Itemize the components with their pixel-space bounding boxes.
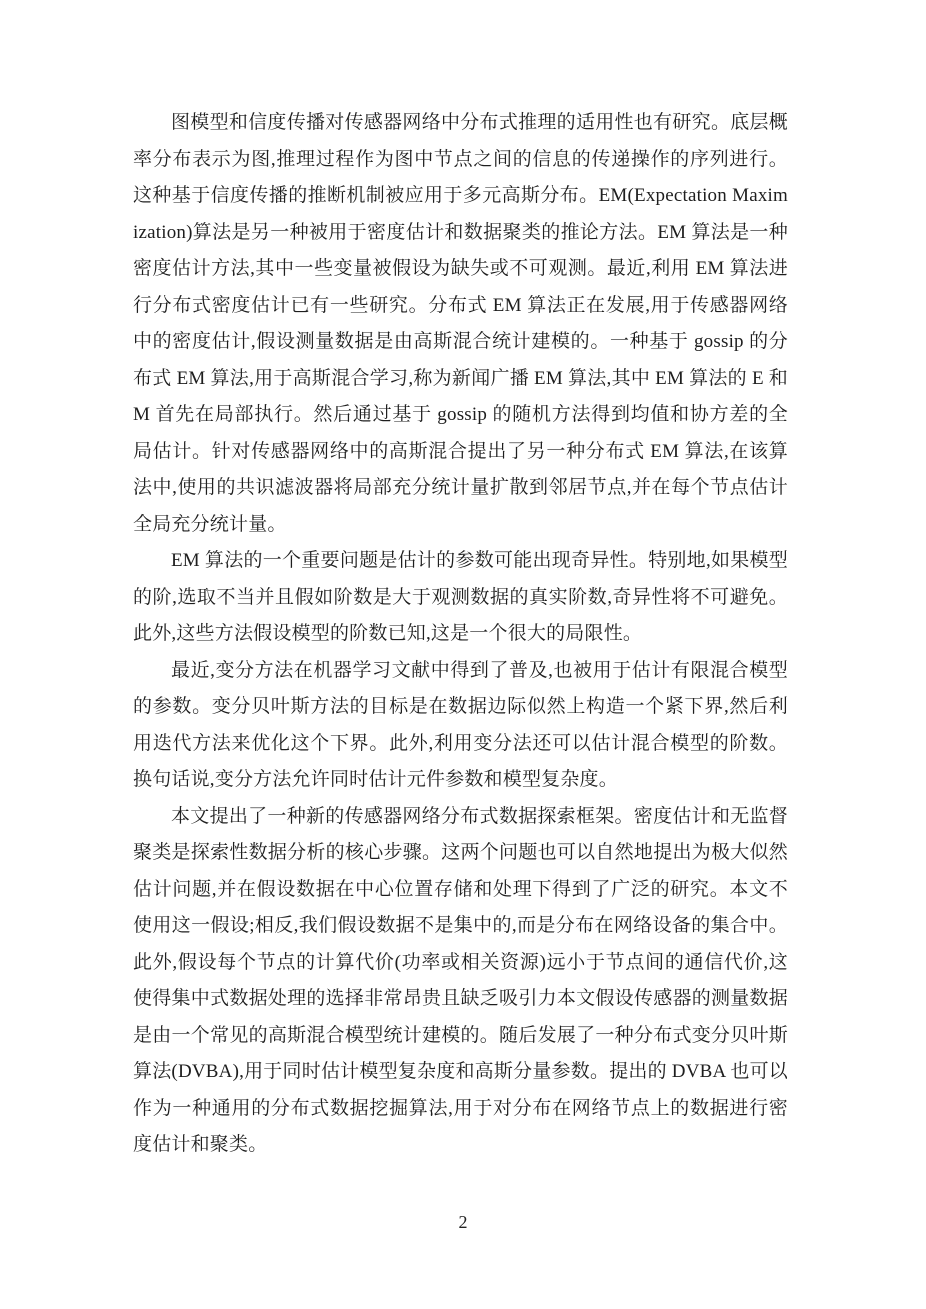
paragraph-3: 最近,变分方法在机器学习文献中得到了普及,也被用于估计有限混合模型的参数。变分贝… — [133, 653, 788, 799]
paragraph-2: EM 算法的一个重要问题是估计的参数可能出现奇异性。特别地,如果模型的阶,选取不… — [133, 543, 788, 653]
page-number: 2 — [0, 1210, 926, 1234]
page-content: 图模型和信度传播对传感器网络中分布式推理的适用性也有研究。底层概率分布表示为图,… — [133, 105, 788, 1164]
paragraph-1: 图模型和信度传播对传感器网络中分布式推理的适用性也有研究。底层概率分布表示为图,… — [133, 105, 788, 543]
document-page: 图模型和信度传播对传感器网络中分布式推理的适用性也有研究。底层概率分布表示为图,… — [0, 0, 926, 1309]
paragraph-4: 本文提出了一种新的传感器网络分布式数据探索框架。密度估计和无监督聚类是探索性数据… — [133, 799, 788, 1164]
